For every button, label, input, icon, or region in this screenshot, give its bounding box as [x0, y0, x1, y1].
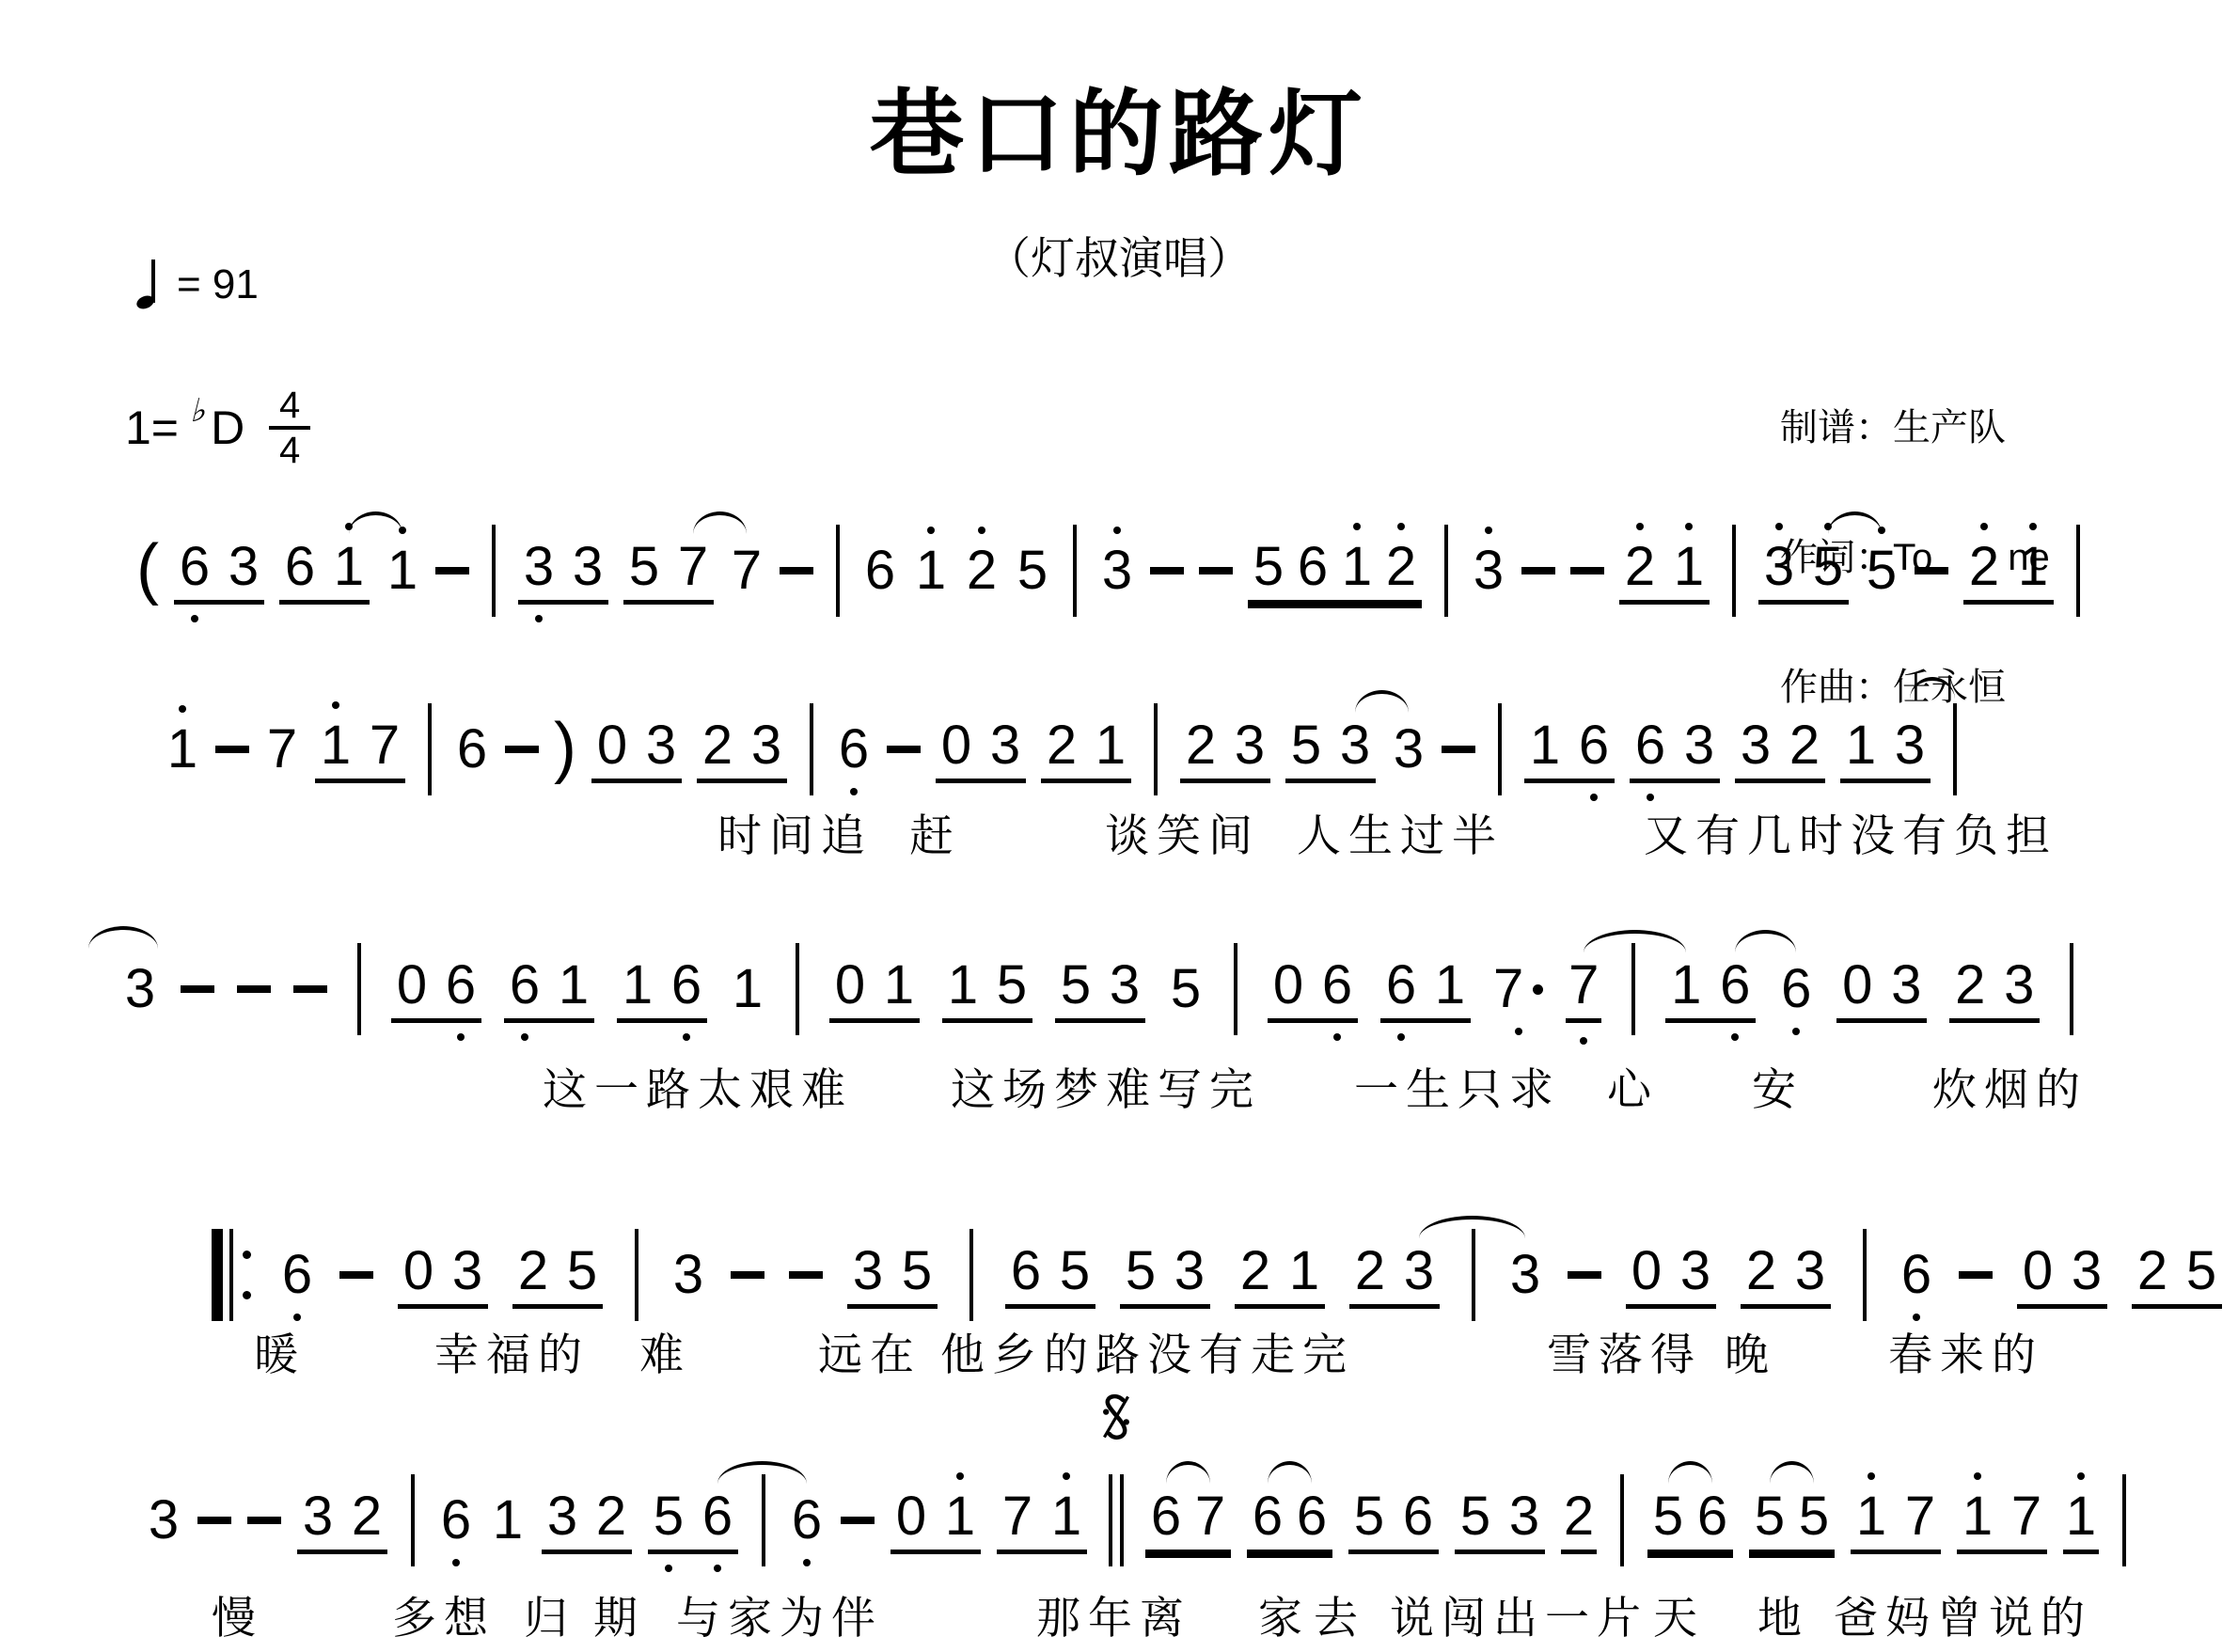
- time-lower: 4: [279, 433, 300, 468]
- sustain-dash: [215, 720, 249, 779]
- note-digit: 2: [1955, 956, 1985, 1015]
- octave-dot-high: [1974, 1472, 1981, 1480]
- note-digit: 0: [835, 956, 865, 1015]
- note: 2: [593, 1487, 629, 1546]
- note-digit: 6: [1298, 538, 1328, 596]
- octave-dot-high: [1824, 523, 1832, 530]
- note: 5: [1058, 956, 1094, 1015]
- tie-in-arc: [88, 926, 158, 949]
- note-digit: 1: [1962, 1487, 1993, 1546]
- note: 6: [507, 956, 543, 1015]
- barline: [1154, 703, 1158, 795]
- beam-group: 5612: [1248, 538, 1422, 605]
- note-digit: 5: [1867, 542, 1897, 600]
- barline: [762, 1474, 765, 1566]
- music-system-2: 17176)0323603212353316633213: [165, 691, 1964, 808]
- note-digit: 2: [352, 1487, 382, 1546]
- note: 6: [1319, 956, 1355, 1015]
- note-digit: 3: [2004, 956, 2034, 1015]
- octave-dot-low: [683, 1033, 690, 1041]
- note-digit: 6: [446, 956, 476, 1015]
- note-digit: 1: [916, 542, 946, 600]
- note-digit: 3: [673, 1246, 703, 1304]
- note: 7: [675, 538, 711, 596]
- note-digit: 6: [441, 1491, 471, 1550]
- note: 3: [987, 716, 1023, 775]
- sustain-dash: [181, 960, 214, 1018]
- beam-group: 03: [1836, 956, 1927, 1023]
- note-digit: 5: [1060, 1242, 1090, 1300]
- lyric-syllable: 炊烟的: [1932, 1055, 2088, 1118]
- note: 6: [1899, 1246, 1934, 1304]
- note-digit: 1: [733, 960, 763, 1018]
- octave-dot-high: [399, 527, 406, 534]
- note-digit: 6: [1901, 1246, 1931, 1304]
- slur-arc: [349, 511, 402, 534]
- slur-arc: [1770, 1461, 1814, 1484]
- barline: [357, 943, 361, 1035]
- note: 6: [1632, 716, 1668, 775]
- note-digit: 0: [1631, 1242, 1662, 1300]
- note-digit: 2: [1969, 538, 1999, 596]
- sustain-dash: [435, 542, 469, 600]
- beam-group: 23: [1741, 1242, 1831, 1309]
- note-digit: 5: [1653, 1487, 1683, 1546]
- note-digit: 3: [990, 716, 1020, 775]
- note: 3: [1107, 956, 1143, 1015]
- note-digit: 2: [1355, 1242, 1385, 1300]
- sustain-dash: [1199, 542, 1233, 600]
- note-digit: 0: [941, 716, 971, 775]
- note-digit: 3: [229, 538, 259, 596]
- note-digit: 1: [1856, 1487, 1886, 1546]
- barline: [2070, 943, 2073, 1035]
- beam-group: 01: [890, 1487, 981, 1554]
- note: 6: [1383, 956, 1419, 1015]
- note-digit: 3: [1509, 1487, 1539, 1546]
- beam-group: 03: [398, 1242, 488, 1309]
- note-digit: 3: [452, 1242, 482, 1300]
- note-digit: 1: [167, 720, 197, 779]
- note-digit: 6: [282, 1246, 312, 1304]
- note: 3: [521, 538, 557, 596]
- sustain-dash: [197, 1491, 231, 1550]
- note: 7: [1000, 1487, 1035, 1546]
- note-digit: 5: [1171, 960, 1201, 1018]
- octave-dot-high: [332, 701, 339, 709]
- note-digit: 6: [1386, 956, 1416, 1015]
- lyric-syllable: 晚: [1725, 1320, 1776, 1383]
- barline: [1234, 943, 1237, 1035]
- slur-arc: [1355, 690, 1409, 713]
- beam-group: 01: [829, 956, 920, 1023]
- barline: [635, 1229, 638, 1321]
- barline: [428, 703, 432, 795]
- music-system-3: 3066116101155350661771660323: [122, 931, 2081, 1047]
- note: 3: [1232, 716, 1268, 775]
- note: 3: [1391, 720, 1426, 779]
- note: 1: [1960, 1487, 1995, 1546]
- octave-dot-low: [1590, 794, 1598, 801]
- note-digit: 3: [149, 1491, 179, 1550]
- note-digit: 6: [1011, 1242, 1041, 1300]
- octave-dot-high: [956, 1472, 964, 1480]
- octave-dot-high: [1868, 1472, 1875, 1480]
- note-digit: 3: [125, 960, 155, 1018]
- note: 5: [1458, 1487, 1493, 1546]
- beam-group: 21: [1963, 538, 2054, 605]
- note: 1: [1671, 538, 1707, 596]
- note: 7: [264, 720, 300, 779]
- note-digit: 1: [2018, 538, 2048, 596]
- beam-group: 25: [2132, 1242, 2222, 1309]
- slur-arc: [1668, 1461, 1712, 1484]
- note-digit: 6: [285, 538, 315, 596]
- note: 3: [1172, 1242, 1207, 1300]
- note-digit: 0: [2023, 1242, 2053, 1300]
- note-digit: 7: [1493, 960, 1523, 1018]
- note: 1: [318, 716, 354, 775]
- barline: [411, 1474, 415, 1566]
- octave-dot-high: [1878, 527, 1885, 534]
- note-digit: 2: [1789, 716, 1820, 775]
- note: 2: [349, 1487, 385, 1546]
- slur-arc: [1828, 511, 1882, 534]
- sustain-dash: [731, 1246, 764, 1304]
- note-digit: 6: [1151, 1487, 1181, 1546]
- note-digit: 1: [948, 956, 978, 1015]
- note: 3: [2001, 956, 2037, 1015]
- note-digit: 0: [1273, 956, 1303, 1015]
- octave-dot-high: [1485, 527, 1492, 534]
- note-digit: 3: [1235, 716, 1265, 775]
- octave-dot-low: [850, 788, 858, 795]
- note: 3: [122, 960, 158, 1018]
- barline: [1498, 703, 1502, 795]
- note: 3: [1099, 542, 1135, 600]
- octave-dot-high: [345, 523, 353, 530]
- octave-dot-low: [457, 1033, 465, 1041]
- note: 3: [1792, 1242, 1828, 1300]
- note: 6: [177, 538, 213, 596]
- note-digit: 2: [596, 1487, 626, 1546]
- note-digit: 2: [702, 716, 733, 775]
- note-digit: 3: [1764, 538, 1794, 596]
- lyric-syllable: 这场梦难写完: [951, 1055, 1261, 1118]
- note-digit: 3: [1404, 1242, 1434, 1300]
- note-digit: 1: [1289, 1242, 1319, 1300]
- beam-group: 15: [942, 956, 1032, 1023]
- note: 5: [1015, 542, 1050, 600]
- barline: [1472, 1229, 1475, 1321]
- lyrics-line-2: 这一路太艰难这场梦难写完一生只求心安炊烟的: [0, 1055, 2238, 1117]
- sustain-dash: [1959, 1246, 1993, 1304]
- note: 0: [1629, 1242, 1664, 1300]
- lyric-syllable: 归: [524, 1583, 575, 1646]
- note: 1: [1853, 1487, 1889, 1546]
- sustain-dash: [1150, 542, 1184, 600]
- note: 3: [1337, 716, 1373, 775]
- note: 2: [1183, 716, 1219, 775]
- note-digit: 6: [1253, 1487, 1283, 1546]
- barline: [1732, 525, 1736, 617]
- note: 6: [1295, 538, 1331, 596]
- note: 0: [594, 716, 630, 775]
- note: 3: [1507, 1246, 1543, 1304]
- note: 3: [1678, 1242, 1713, 1300]
- note-digit: 1: [1530, 716, 1560, 775]
- note-digit: 5: [902, 1242, 932, 1300]
- note: 1: [165, 720, 200, 779]
- note: 6: [1778, 960, 1814, 1018]
- lyric-syllable: 雪落得: [1547, 1320, 1702, 1383]
- beam-group: 23: [1349, 1242, 1440, 1309]
- note-digit: 3: [1174, 1242, 1205, 1300]
- note: 1: [913, 542, 949, 600]
- note: 1: [331, 538, 367, 596]
- augmentation-dot: [1533, 984, 1543, 995]
- note: 3: [1738, 716, 1773, 775]
- key-letter: D: [211, 401, 244, 455]
- beam-group: 03: [2017, 1242, 2107, 1309]
- beam-group: 32: [542, 1487, 632, 1554]
- note: 1: [1843, 716, 1879, 775]
- beam-group: 53: [1055, 956, 1145, 1023]
- note: 3: [146, 1491, 181, 1550]
- segno-icon: [1099, 1392, 1133, 1447]
- note-digit: 1: [1674, 538, 1704, 596]
- octave-dot-high: [1353, 523, 1361, 530]
- note: 6: [700, 1487, 735, 1546]
- beam-group: 23: [1180, 716, 1270, 783]
- beam-group: 13: [1840, 716, 1931, 783]
- note: 7: [1493, 960, 1543, 1018]
- note-digit: 0: [1842, 956, 1872, 1015]
- beam-group: 63: [1630, 716, 1720, 783]
- note: 5: [651, 1487, 686, 1546]
- note: 6: [862, 542, 898, 600]
- beam-group: 71: [997, 1487, 1087, 1554]
- parenthesis: (: [136, 540, 159, 598]
- note-digit: 5: [1061, 956, 1091, 1015]
- note-digit: 5: [1253, 538, 1284, 596]
- octave-dot-high: [1980, 523, 1988, 530]
- lyric-syllable: 多想: [392, 1583, 496, 1646]
- note: 1: [945, 956, 981, 1015]
- beam-group: 61: [279, 538, 370, 605]
- octave-dot-low: [1647, 794, 1654, 801]
- sustain-dash: [780, 542, 813, 600]
- beam-group: 21: [1041, 716, 1131, 783]
- barline: [2122, 1474, 2126, 1566]
- note: 3: [226, 538, 261, 596]
- note-digit: 1: [623, 956, 653, 1015]
- note: 0: [394, 956, 430, 1015]
- note: 6: [443, 956, 479, 1015]
- note-digit: 1: [1671, 956, 1701, 1015]
- octave-dot-low: [1515, 1028, 1522, 1035]
- note-digit: 2: [1564, 1487, 1594, 1546]
- octave-dot-low: [191, 615, 198, 622]
- note: 2: [1952, 956, 1988, 1015]
- note: 6: [1400, 1487, 1436, 1546]
- note: 5: [1123, 1242, 1158, 1300]
- octave-dot-high: [1636, 523, 1644, 530]
- beam-group: 06: [1268, 956, 1358, 1023]
- note-digit: 2: [1047, 716, 1077, 775]
- note: 0: [1270, 956, 1306, 1015]
- note: 6: [836, 720, 872, 779]
- octave-dot-low: [1580, 1037, 1587, 1045]
- note-digit: 1: [884, 956, 914, 1015]
- note-digit: 2: [967, 542, 997, 600]
- octave-dot-low: [521, 1033, 528, 1041]
- note: 5: [899, 1242, 935, 1300]
- barline: [2076, 525, 2080, 617]
- sustain-dash: [1521, 542, 1555, 600]
- note-digit: 1: [334, 538, 364, 596]
- lyrics-line-1: 时间追赶谈笑间人生过半又有几时没有负担: [0, 801, 2238, 863]
- slur-arc: [1735, 930, 1796, 952]
- sustain-dash: [841, 1491, 875, 1550]
- note: 1: [620, 956, 655, 1015]
- note: 6: [789, 1491, 825, 1550]
- note-digit: 3: [1102, 542, 1132, 600]
- note-digit: 5: [567, 1242, 597, 1300]
- lyric-syllable: 家: [1258, 1583, 1310, 1646]
- octave-dot-high: [179, 705, 186, 713]
- lyric-syllable: 那年离: [1036, 1583, 1191, 1646]
- note: 3: [749, 716, 784, 775]
- note-digit: 3: [646, 716, 676, 775]
- note-digit: 0: [597, 716, 627, 775]
- note: 2: [1966, 538, 2002, 596]
- beam-group: 55: [1749, 1487, 1835, 1554]
- sustain-dash: [339, 1246, 373, 1304]
- note: 3: [1401, 1242, 1437, 1300]
- note-digit: 6: [1322, 956, 1352, 1015]
- note: 5: [1864, 542, 1899, 600]
- lyric-syllable: 去: [1314, 1583, 1365, 1646]
- octave-dot-high: [1113, 527, 1121, 534]
- note-digit: 3: [1891, 956, 1921, 1015]
- note: 1: [556, 956, 591, 1015]
- note: 2: [1044, 716, 1080, 775]
- note: 2: [1383, 538, 1419, 596]
- beam-group: 17: [1851, 1487, 1941, 1554]
- octave-dot-low: [1792, 1028, 1800, 1035]
- note: 6: [1694, 1487, 1730, 1546]
- note: 6: [1250, 1487, 1285, 1546]
- note: 3: [1506, 1487, 1542, 1546]
- note-digit: 6: [792, 1491, 822, 1550]
- note-digit: 3: [573, 538, 603, 596]
- time-upper: 4: [279, 387, 300, 423]
- note-digit: 5: [1354, 1487, 1384, 1546]
- lyric-syllable: 他乡的路没有走完: [940, 1320, 1354, 1383]
- note: 6: [438, 1491, 474, 1550]
- lyric-syllable: 远在: [818, 1320, 922, 1383]
- note: 6: [1008, 1242, 1044, 1300]
- note-digit: 6: [1781, 960, 1811, 1018]
- lyric-syllable: 期: [593, 1583, 645, 1646]
- note-digit: 1: [1051, 1487, 1081, 1546]
- note: 5: [1288, 716, 1324, 775]
- beam-group: 33: [518, 538, 608, 605]
- note-digit: 3: [1680, 1242, 1710, 1300]
- octave-dot-high: [1397, 523, 1405, 530]
- note: 2: [1743, 1242, 1779, 1300]
- music-system-5: 33261325660171676656532565517171: [146, 1462, 2134, 1579]
- octave-dot-high: [1063, 1472, 1070, 1480]
- note-digit: 2: [1625, 538, 1655, 596]
- note-digit: 1: [1342, 538, 1372, 596]
- note: 7: [1192, 1487, 1228, 1546]
- note-digit: 2: [2137, 1242, 2167, 1300]
- note-digit: 5: [1017, 542, 1048, 600]
- note: 5: [564, 1242, 600, 1300]
- barline: [1863, 1229, 1867, 1321]
- note: 3: [570, 538, 606, 596]
- beam-group: 03: [1626, 1242, 1716, 1309]
- note-digit: 6: [1403, 1487, 1433, 1546]
- beam-group: 63: [174, 538, 264, 605]
- lyric-syllable: 谈笑间: [1105, 801, 1260, 864]
- note: 5: [994, 956, 1030, 1015]
- sustain-dash: [1568, 1246, 1601, 1304]
- note: 2: [1622, 538, 1658, 596]
- note-digit: 1: [387, 542, 418, 600]
- note: 3: [1471, 542, 1506, 600]
- note: 6: [1576, 716, 1612, 775]
- note-digit: 5: [1460, 1487, 1490, 1546]
- note: 1: [1048, 1487, 1084, 1546]
- beam-group: 23: [697, 716, 787, 783]
- octave-dot-high: [1775, 523, 1783, 530]
- beam-group: 66: [1247, 1487, 1332, 1554]
- beam-group: 56: [648, 1487, 738, 1554]
- note: 1: [730, 960, 765, 1018]
- note: 1: [1339, 538, 1375, 596]
- note-digit: 6: [702, 1487, 733, 1546]
- slur-arc: [1166, 1461, 1210, 1484]
- note: 3: [1681, 716, 1717, 775]
- barline: [836, 525, 840, 617]
- octave-dot-low: [535, 615, 543, 622]
- note-digit: 0: [896, 1487, 926, 1546]
- note: 1: [385, 542, 420, 600]
- note-digit: 6: [671, 956, 701, 1015]
- beam-group: 25: [512, 1242, 603, 1309]
- note: 0: [832, 956, 868, 1015]
- lyric-syllable: 说闯出一片: [1390, 1583, 1648, 1646]
- note: 5: [1351, 1487, 1387, 1546]
- note-digit: 6: [839, 720, 869, 779]
- note-digit: 3: [1684, 716, 1714, 775]
- octave-dot-low: [1333, 1033, 1341, 1041]
- note-digit: 0: [397, 956, 427, 1015]
- lyric-syllable: 难: [639, 1320, 691, 1383]
- beam-group: 23: [1949, 956, 2040, 1023]
- lyric-syllable: 地: [1757, 1583, 1809, 1646]
- note-digit: 3: [1110, 956, 1140, 1015]
- note-digit: 2: [518, 1242, 548, 1300]
- beam-group: 35: [1758, 538, 1849, 605]
- note-digit: 5: [1799, 1487, 1829, 1546]
- note: 2: [700, 716, 735, 775]
- note-digit: 1: [493, 1491, 523, 1550]
- note: 2: [2135, 1242, 2170, 1300]
